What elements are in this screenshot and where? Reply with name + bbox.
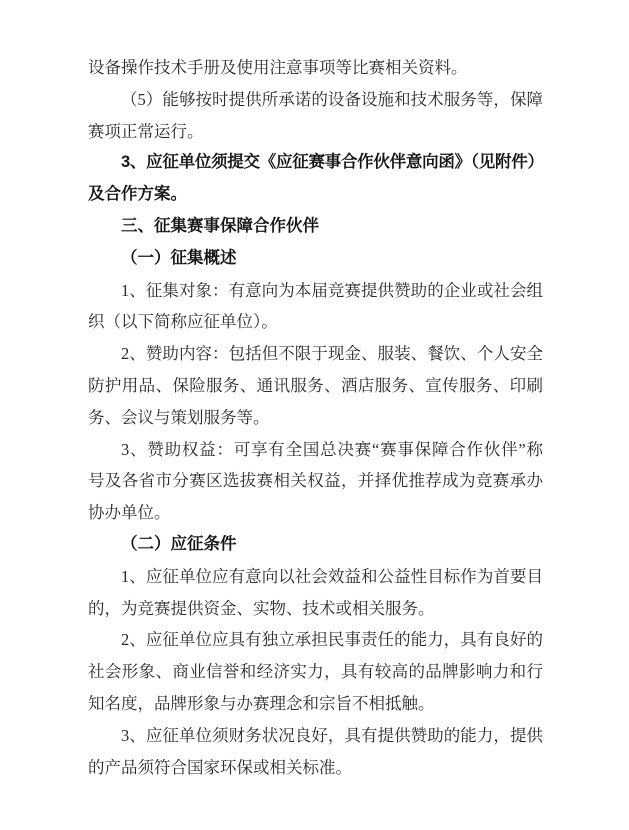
text-line: 2、赞助内容：包括但不限于现金、服装、餐饮、个人安全 (88, 338, 543, 370)
text-line: （一）征集概述 (88, 243, 543, 275)
text-line: 3、应征单位须财务状况良好，具有提供赞助的能力，提供 (88, 720, 543, 752)
document-content: 设备操作技术手册及使用注意事项等比赛相关资料。（5）能够按时提供所承诺的设备设施… (88, 52, 543, 783)
text-line: 3、赞助权益：可享有全国总决赛“赛事保障合作伙伴”称 (88, 434, 543, 466)
text-line: 1、应征单位应有意向以社会效益和公益性目标作为首要目 (88, 561, 543, 593)
text-line: 织（以下简称应征单位）。 (88, 306, 543, 338)
text-line: 三、征集赛事保障合作伙伴 (88, 211, 543, 243)
text-line: 赛项正常运行。 (88, 116, 543, 148)
text-line: 3、应征单位须提交《应征赛事合作伙伴意向函》（见附件） (88, 147, 543, 179)
text-line: 务、会议与策划服务等。 (88, 402, 543, 434)
text-line: 号及各省市分赛区选拔赛相关权益，并择优推荐成为竞赛承办或 (88, 465, 543, 497)
text-line: 的，为竞赛提供资金、实物、技术或相关服务。 (88, 593, 543, 625)
text-line: 知名度，品牌形象与办赛理念和宗旨不相抵触。 (88, 688, 543, 720)
text-line: 2、应征单位应具有独立承担民事责任的能力，具有良好的 (88, 624, 543, 656)
text-line: 及合作方案。 (88, 179, 543, 211)
text-line: （5）能够按时提供所承诺的设备设施和技术服务等，保障 (88, 84, 543, 116)
text-line: 设备操作技术手册及使用注意事项等比赛相关资料。 (88, 52, 543, 84)
text-line: （二）应征条件 (88, 529, 543, 561)
text-line: 的产品须符合国家环保或相关标准。 (88, 752, 543, 784)
text-line: 防护用品、保险服务、通讯服务、酒店服务、宣传服务、印刷服 (88, 370, 543, 402)
text-line: 1、征集对象：有意向为本届竞赛提供赞助的企业或社会组 (88, 275, 543, 307)
text-line: 协办单位。 (88, 497, 543, 529)
document-page: 设备操作技术手册及使用注意事项等比赛相关资料。（5）能够按时提供所承诺的设备设施… (0, 0, 629, 830)
text-line: 社会形象、商业信誉和经济实力，具有较高的品牌影响力和行业 (88, 656, 543, 688)
